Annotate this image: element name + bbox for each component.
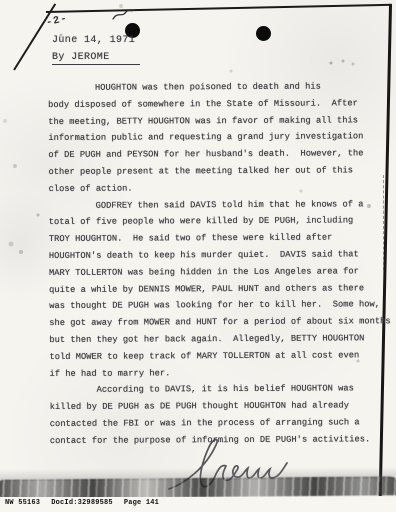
text-line: was thought DE PUGH was looking for her … xyxy=(49,297,381,316)
text-line: quite a while by DENNIS MOWER, PAUL HUNT… xyxy=(49,280,381,299)
scan-smudge-band xyxy=(0,476,396,499)
scanned-document-page: -2- June 14, 1971 By JEROME HOUGHTON was… xyxy=(0,0,396,512)
footer-nw-number: NW 55163 xyxy=(5,499,40,507)
text-line: the meeting, BETTY HOUGHTON was in favor… xyxy=(48,112,380,131)
document-body: HOUGHTON was then poisoned to death and … xyxy=(48,78,382,449)
text-line: of DE PUGH and PEYSON for her husband's … xyxy=(48,145,380,164)
text-line: if he had to marry her. xyxy=(49,364,381,383)
date-line: June 14, 1971 xyxy=(52,35,140,46)
text-line: TROY HOUGHTON. He said two of these were… xyxy=(49,229,381,248)
page-top-edge xyxy=(46,4,392,13)
page-top-left-corner-edge xyxy=(13,3,56,70)
handwritten-scribble-mark xyxy=(112,9,136,22)
text-line: information public and requesting a gran… xyxy=(48,129,380,148)
text-line: killed by DE PUGH as DE PUGH thought HOU… xyxy=(50,397,382,416)
text-line: HOUGHTON's death to keep his murder quie… xyxy=(49,246,381,265)
footer-doc-id: DocId:32989585 xyxy=(51,499,113,507)
paragraph-1: HOUGHTON was then poisoned to death and … xyxy=(48,78,381,197)
text-line: GODFREY then said DAVIS told him that he… xyxy=(49,196,381,215)
footer-strip: NW 55163 DocId:32989585 Page 141 xyxy=(0,497,396,512)
text-line: other people present at the meeting talk… xyxy=(48,162,380,181)
text-line: she got away from MOWER and HUNT for a p… xyxy=(49,313,381,332)
text-line: According to DAVIS, it is his belief HOU… xyxy=(50,381,382,400)
document-header: June 14, 1971 By JEROME xyxy=(52,35,140,65)
text-line: MARY TOLLERTON was being hidden in the L… xyxy=(49,263,381,282)
text-line: total of five people who were killed by … xyxy=(49,213,381,232)
footer-page-number: Page 141 xyxy=(124,499,159,507)
text-line: HOUGHTON was then poisoned to death and … xyxy=(48,78,380,97)
paragraph-2: GODFREY then said DAVIS told him that he… xyxy=(49,196,382,383)
archive-footer: NW 55163 DocId:32989585 Page 141 xyxy=(5,499,159,507)
scan-noise-specks xyxy=(0,0,2,2)
text-line: but then they got her back again. Allege… xyxy=(49,330,381,349)
text-line: told MOWER to keep track of MARY TOLLERT… xyxy=(49,347,381,366)
byline: By JEROME xyxy=(52,52,140,65)
hole-punch-right xyxy=(256,26,271,41)
text-line: close of action. xyxy=(49,179,381,198)
right-margin-registration-marks xyxy=(383,175,384,270)
text-line: body disposed of somewhere in the State … xyxy=(48,95,380,114)
text-line: contacted the FBI or was in the process … xyxy=(50,414,382,433)
